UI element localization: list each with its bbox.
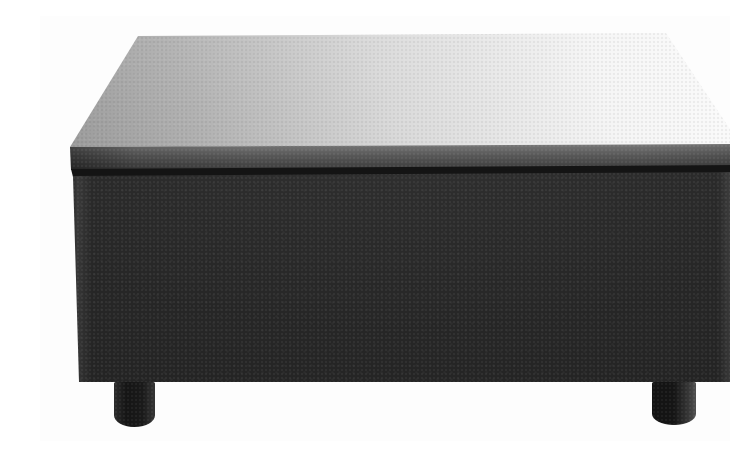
left-foot: [114, 382, 155, 427]
photo-caption: Low rectangular cabinet with a thick ove…: [40, 16, 41, 17]
right-foot: [652, 382, 696, 425]
product-photo: Low rectangular cabinet with a thick ove…: [40, 16, 730, 441]
